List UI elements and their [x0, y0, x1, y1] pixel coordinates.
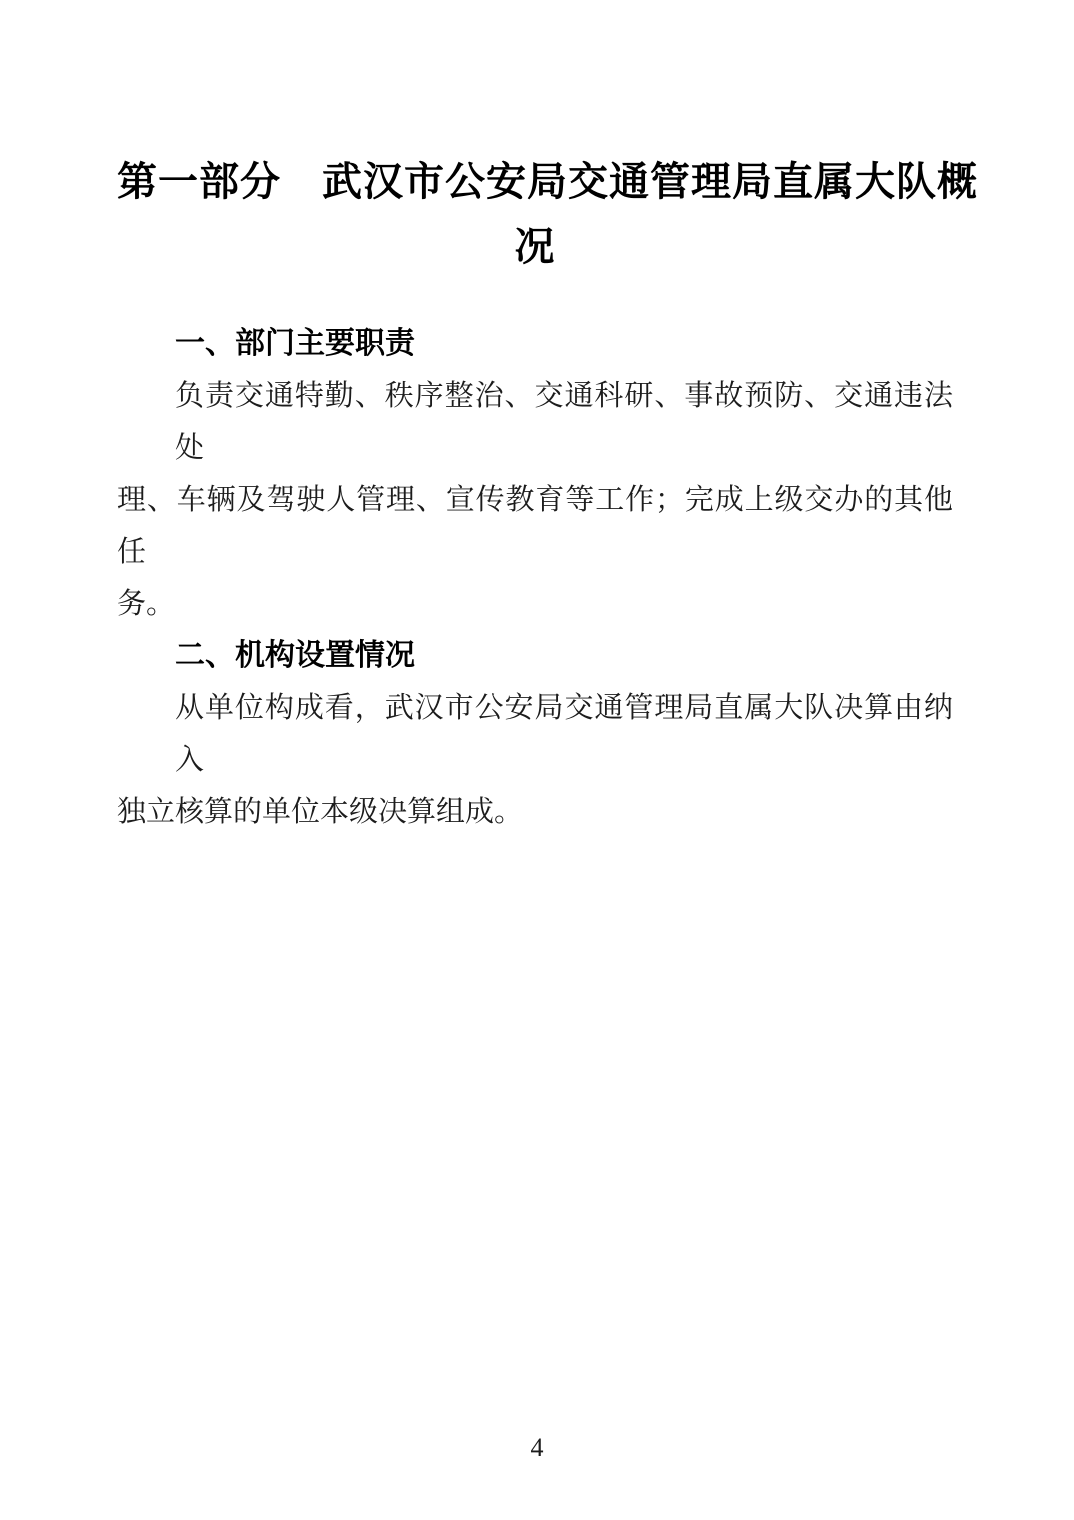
- page-number: 4: [0, 1432, 1074, 1464]
- section-heading-duties: 一、部门主要职责: [117, 318, 953, 370]
- paragraph-line: 独立核算的单位本级决算组成。: [117, 786, 953, 838]
- section-paragraph-duties: 负责交通特勤、秩序整治、交通科研、事故预防、交通违法处 理、车辆及驾驶人管理、宣…: [117, 370, 953, 630]
- paragraph-line: 从单位构成看，武汉市公安局交通管理局直属大队决算由纳入: [117, 682, 953, 786]
- document-title: 第一部分 武汉市公安局交通管理局直属大队概 况: [117, 150, 953, 280]
- section-heading-organization: 二、机构设置情况: [117, 630, 953, 682]
- document-title-line-2: 况: [117, 215, 953, 280]
- section-paragraph-organization: 从单位构成看，武汉市公安局交通管理局直属大队决算由纳入 独立核算的单位本级决算组…: [117, 682, 953, 838]
- document-title-line-1: 第一部分 武汉市公安局交通管理局直属大队概: [117, 150, 953, 215]
- paragraph-line: 务。: [117, 578, 953, 630]
- document-body: 一、部门主要职责 负责交通特勤、秩序整治、交通科研、事故预防、交通违法处 理、车…: [117, 318, 953, 838]
- document-page: 第一部分 武汉市公安局交通管理局直属大队概 况 一、部门主要职责 负责交通特勤、…: [0, 0, 1074, 1520]
- paragraph-line: 理、车辆及驾驶人管理、宣传教育等工作；完成上级交办的其他任: [117, 474, 953, 578]
- paragraph-line: 负责交通特勤、秩序整治、交通科研、事故预防、交通违法处: [117, 370, 953, 474]
